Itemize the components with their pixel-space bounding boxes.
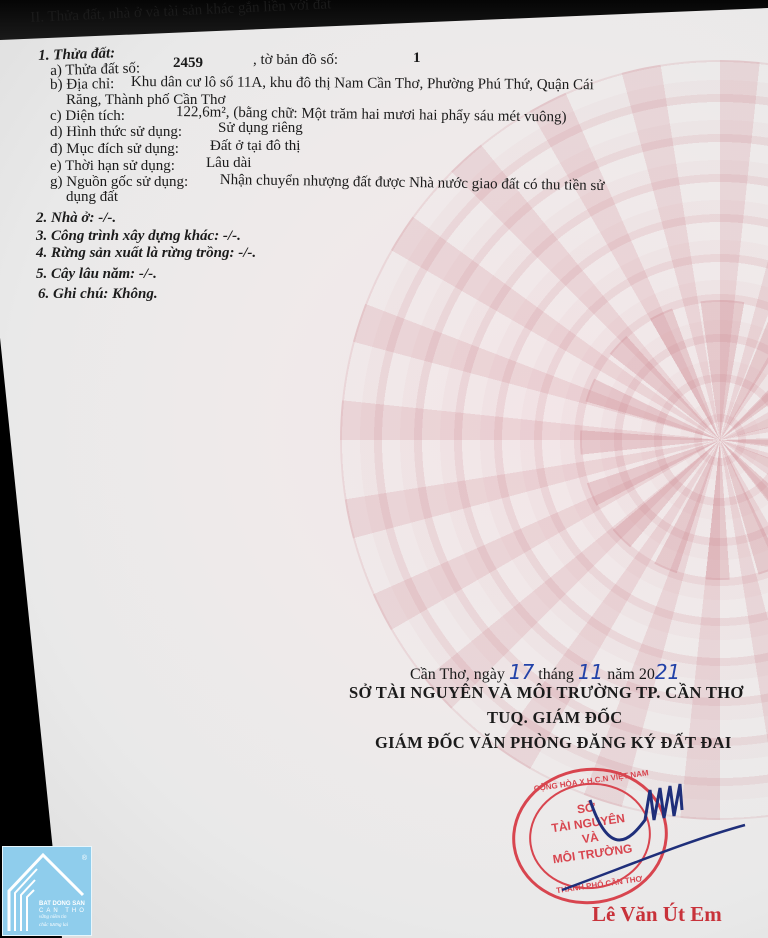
logo-slogan-2: chắc tương lai (39, 923, 68, 928)
date-year-suffix: 21 (655, 660, 680, 684)
section-2-house: 2. Nhà ở: -/-. (36, 210, 116, 227)
signer-title: GIÁM ĐỐC VĂN PHÒNG ĐĂNG KÝ ĐẤT ĐAI (375, 733, 732, 753)
usage-purpose-value: Đất ở tại đô thị (210, 138, 300, 155)
map-sheet-label: , tờ bản đồ số: (253, 52, 338, 69)
section-3-other-construction: 3. Công trình xây dựng khác: -/-. (36, 228, 241, 245)
usage-form-label: d) Hình thức sử dụng: (50, 124, 182, 141)
handwritten-signature (550, 780, 750, 900)
parcel-number-value: 2459 (173, 55, 203, 72)
date-day: 17 (509, 660, 534, 684)
usage-origin-line-2: dụng đất (66, 189, 118, 206)
logo-line-2: CAN THO (39, 908, 87, 914)
registered-mark: ® (82, 855, 87, 862)
signer-name: Lê Văn Út Em (592, 902, 722, 927)
map-sheet-value: 1 (413, 50, 421, 67)
area-label: c) Diện tích: (50, 108, 125, 125)
section-5-perennial-trees: 5. Cây lâu năm: -/-. (36, 266, 157, 283)
logo-line-1: BAT DONG SAN (39, 901, 85, 907)
issuing-agency: SỞ TÀI NGUYÊN VÀ MÔI TRƯỜNG TP. CẦN THƠ (349, 683, 743, 703)
section-6-notes: 6. Ghi chú: Không. (38, 286, 158, 303)
logo-slogan-1: vững niềm tin (39, 915, 66, 920)
date-month-label: tháng (538, 666, 574, 683)
usage-term-label: e) Thời hạn sử dụng: (50, 158, 175, 175)
date-month: 11 (578, 660, 603, 684)
bat-dong-san-can-tho-logo: ® BAT DONG SAN CAN THO vững niềm tin chắ… (2, 846, 92, 936)
date-year-label: năm 20 (607, 666, 655, 683)
on-behalf-title: TUQ. GIÁM ĐỐC (487, 708, 622, 728)
usage-purpose-label: đ) Mục đích sử dụng: (50, 141, 179, 158)
house-logo-icon (3, 847, 91, 935)
date-prefix: Cần Thơ, ngày (410, 666, 505, 683)
usage-form-value: Sử dụng riêng (218, 120, 303, 137)
usage-term-value: Lâu dài (206, 155, 251, 172)
section-4-production-forest: 4. Rừng sản xuất là rừng trồng: -/-. (36, 245, 256, 262)
issue-place-date: Cần Thơ, ngày 17 tháng 11 năm 2021 (410, 660, 680, 684)
